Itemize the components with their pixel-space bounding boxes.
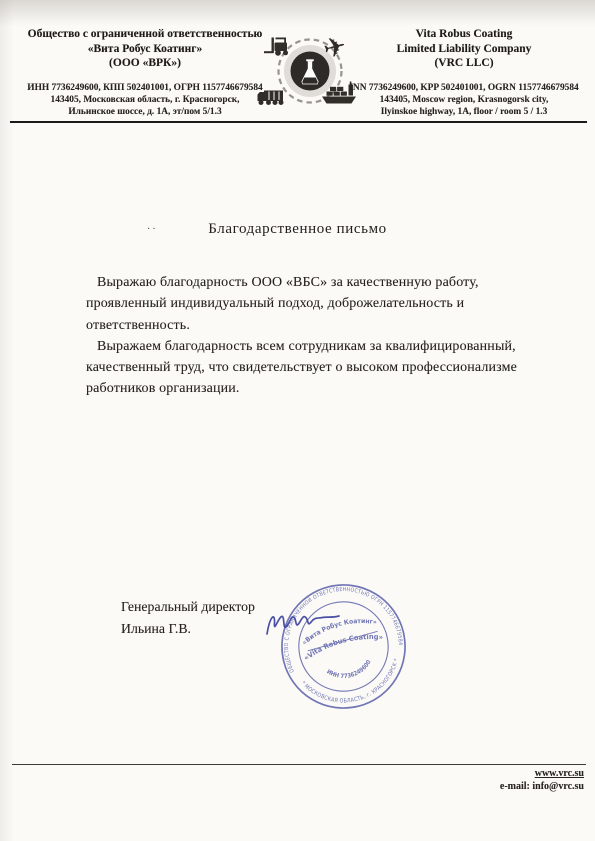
company-title-ru: «Вита Робус Коатинг» bbox=[16, 42, 274, 57]
company-address-ru-2: Ильинское шоссе, д. 1А, эт/пом 5/1.3 bbox=[16, 106, 274, 118]
company-address-en-1: 143405, Moscow region, Krasnogorsk city, bbox=[338, 94, 590, 106]
p1-line-3: ответственность. bbox=[86, 315, 524, 336]
company-short-ru: (ООО «ВРК») bbox=[16, 56, 274, 71]
company-form-en: Limited Liability Company bbox=[338, 42, 590, 57]
company-address-ru-1: 143405, Московская область, г. Красногор… bbox=[16, 94, 274, 106]
p1-line-2: проявленный индивидуальный подход, добро… bbox=[86, 293, 524, 314]
paragraph-1: Выражаю благодарность ООО «ВБС» за качес… bbox=[86, 272, 524, 336]
truck-icon bbox=[258, 91, 284, 106]
company-name-en: Vita Robus Coating Limited Liability Com… bbox=[338, 27, 590, 71]
header-divider bbox=[10, 121, 587, 123]
p2-line-1: Выражаем благодарность всем сотрудникам … bbox=[86, 336, 524, 357]
scanned-letter-page: Общество с ограниченной ответственностью… bbox=[0, 0, 595, 841]
company-details-ru: ИНН 7736249600, КПП 502401001, ОГРН 1157… bbox=[16, 82, 274, 119]
signer-name: Ильина Г.В. bbox=[121, 618, 255, 640]
footer-email: e-mail: info@vrc.su bbox=[500, 781, 584, 794]
p2-line-2: качественный труд, что свидетельствует о… bbox=[86, 357, 524, 378]
scan-shadow-top bbox=[0, 0, 595, 26]
company-reg-numbers-en: INN 7736249600, KPP 502401001, OGRN 1157… bbox=[338, 82, 590, 94]
company-address-en-2: Ilyinskoe highway, 1A, floor / room 5 / … bbox=[338, 106, 590, 118]
company-round-stamp: ОБЩЕСТВО С ОГРАНИЧЕННОЙ ОТВЕТСТВЕННОСТЬЮ… bbox=[274, 577, 413, 716]
company-name-ru: Общество с ограниченной ответственностью… bbox=[16, 27, 274, 71]
company-reg-numbers-ru: ИНН 7736249600, КПП 502401001, ОГРН 1157… bbox=[16, 82, 274, 94]
company-header-en: Vita Robus Coating Limited Liability Com… bbox=[338, 27, 590, 118]
signature-block: Генеральный директор Ильина Г.В. bbox=[121, 596, 255, 639]
letter-title: Благодарственное письмо bbox=[0, 221, 595, 238]
company-title-en: Vita Robus Coating bbox=[338, 27, 590, 42]
p2-line-3: работников организации. bbox=[86, 378, 524, 399]
footer-website: www.vrc.su bbox=[500, 768, 584, 781]
footer-contacts: www.vrc.su e-mail: info@vrc.su bbox=[500, 768, 584, 793]
company-details-en: INN 7736249600, KPP 502401001, OGRN 1157… bbox=[338, 82, 590, 119]
footer-divider bbox=[12, 764, 586, 765]
scan-shadow-left bbox=[0, 0, 14, 841]
stamp-center-inn: ИНН 7736249600 bbox=[324, 658, 375, 685]
handwritten-signature bbox=[264, 604, 350, 644]
company-form-ru: Общество с ограниченной ответственностью bbox=[16, 27, 274, 42]
paragraph-2: Выражаем благодарность всем сотрудникам … bbox=[86, 336, 524, 400]
p1-line-1: Выражаю благодарность ООО «ВБС» за качес… bbox=[86, 272, 524, 293]
letter-body: Выражаю благодарность ООО «ВБС» за качес… bbox=[86, 272, 524, 400]
forklift-icon bbox=[264, 38, 288, 56]
signer-position: Генеральный директор bbox=[121, 596, 255, 618]
company-header-ru: Общество с ограниченной ответственностью… bbox=[16, 27, 274, 118]
company-short-en: (VRC LLC) bbox=[338, 56, 590, 71]
